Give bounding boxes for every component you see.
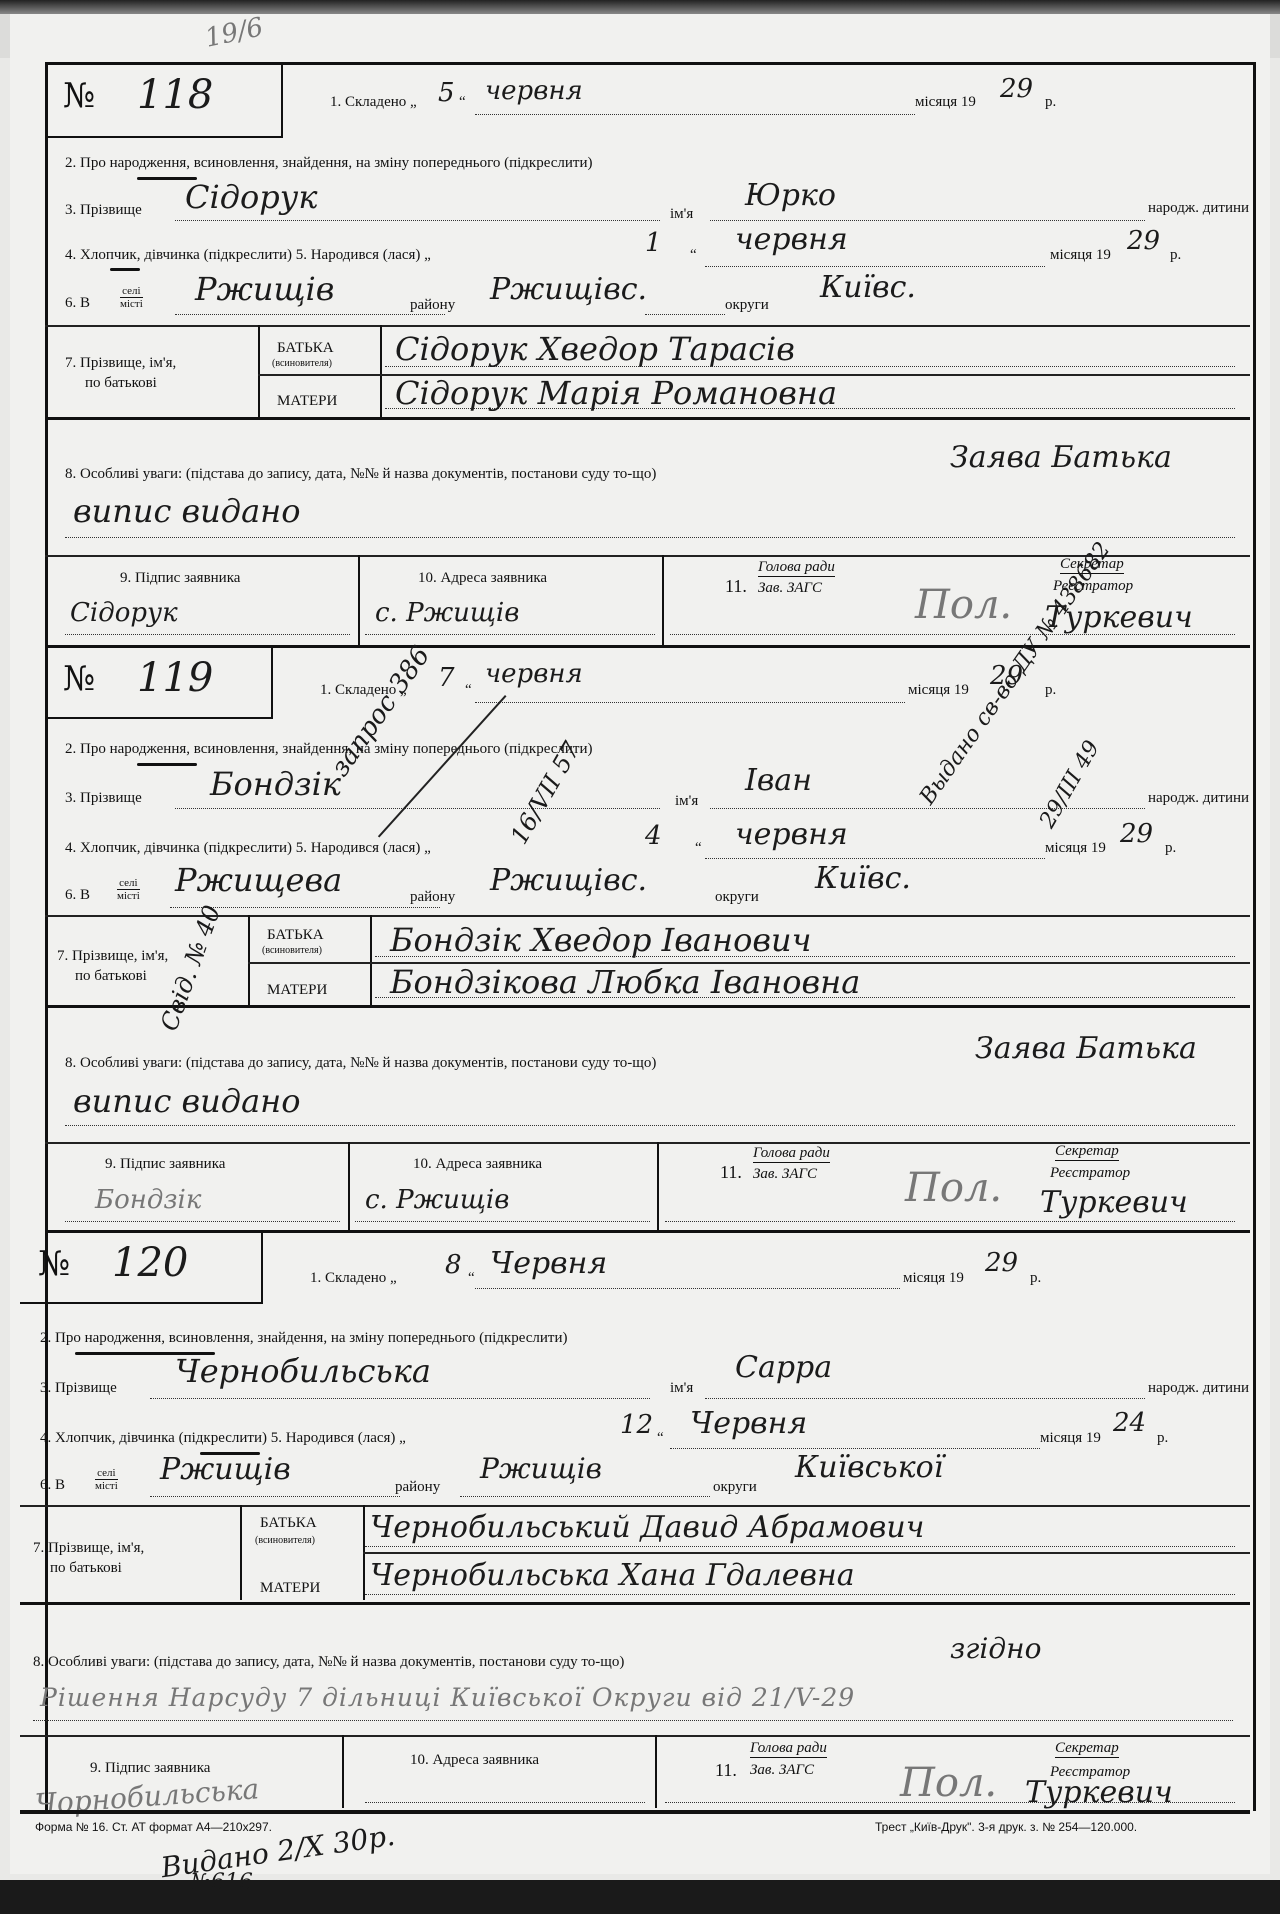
margin-note-request: запрос 386 [325,641,436,782]
remarks-line1: Заява Батька [950,440,1172,475]
district-value: Ржищів [480,1452,602,1485]
remarks-line2: Рішення Нарсуду 7 дільниці Київської Окр… [40,1683,855,1712]
margin-note-svid: Свід. № 40 [155,902,226,1035]
mother-name: Чернобильська Хана Гдалевна [370,1558,855,1593]
head-signature: Пол. [905,1165,1002,1211]
mother-name: Сідорук Марія Романовна [395,374,837,412]
margin-note-certificate-date: 29/III 49 [1035,736,1105,832]
okrug-value: Київс. [820,270,916,305]
surname-value: Бондзік [210,765,341,803]
footer-form-info: Форма № 16. Ст. АТ формат А4—210х297. [35,1820,272,1834]
composed-label: 1. Складено „ [330,94,417,111]
composed-year: 29 [985,1248,1018,1278]
birth-year: 24 [1113,1408,1146,1438]
form-bottom-rule [20,1810,1250,1814]
place-value: Ржищева [175,861,342,899]
footer-printer-info: Трест „Київ-Друк". 3-я друк. з. № 254—12… [875,1820,1137,1834]
father-name: Сідорук Хведор Тарасів [395,330,795,368]
okrug-value: Київс. [815,861,911,896]
first-name-value: Юрко [745,178,836,213]
sex-birth-label: 4. Хлопчик, дівчинка (підкреслити) 5. На… [65,247,431,264]
record-number: 119 [137,655,213,701]
village-town-fraction: селімісті [120,285,143,310]
birth-month: Червня [690,1406,807,1441]
composed-day: 8 [445,1250,462,1280]
remarks-label: 8. Особливі уваги: (підстава до запису, … [65,466,656,483]
composed-day: 7 [438,663,455,693]
composed-month: червня [485,659,583,689]
birth-year: 29 [1127,226,1160,256]
birth-day: 12 [620,1410,653,1440]
surname-label: 3. Прізвище [65,202,142,219]
applicant-address: с. Ржищів [375,598,519,628]
record-number-box: № 119 [45,645,273,719]
record-type-label: 2. Про народження, всиновлення, знайденн… [65,155,593,172]
surname-value: Чернобильська [175,1352,431,1390]
district-value: Ржищівс. [490,272,647,307]
mother-name: Бондзікова Любка Івановна [390,963,860,1001]
district-value: Ржищівс. [490,863,647,898]
birth-day: 1 [645,228,662,258]
place-value: Ржищів [195,270,334,308]
birth-year: 29 [1120,819,1153,849]
remarks-line2: випис видано [73,492,300,530]
birth-record-119: № 119 1. Складено „ 7 “ червня місяця 19… [45,645,1250,1230]
place-value: Ржищів [160,1452,291,1487]
composed-month: Червня [490,1246,607,1281]
scan-top-border [0,0,1280,14]
record-number-box: № 120 [20,1230,263,1304]
remarks-line1: згідно [950,1632,1041,1665]
issued-note-number: №616 [190,1870,253,1895]
surname-value: Сідорук [185,178,317,216]
father-name: Бондзік Хведор Іванович [390,921,811,959]
first-name-value: Іван [745,763,812,798]
remarks-line2: випис видано [73,1082,300,1120]
birth-record-120: № 120 1. Складено „ 8 “ Червня місяця 19… [45,1230,1250,1808]
record-number-box: № 118 [45,62,283,138]
birth-record-118: № 118 1. Складено „ 5 “ червня місяця 19… [45,62,1250,645]
birth-month: червня [735,817,848,852]
father-name: Чернобильський Давид Абрамович [370,1510,924,1545]
birth-day: 4 [645,821,662,851]
applicant-signature: Сідорук [70,598,178,628]
registrar-signature: Туркевич [1025,1775,1173,1810]
first-name-value: Сарра [735,1350,832,1385]
number-sign: № [63,76,95,116]
applicant-signature: Бондзік [95,1185,201,1215]
applicant-address: с. Ржищів [365,1185,509,1215]
birth-month: червня [735,222,848,257]
okrug-value: Київської [795,1450,943,1485]
composed-month: червня [485,76,583,106]
underline-boy [110,268,140,271]
registrar-signature: Туркевич [1040,1185,1188,1220]
month-year-label: місяця 19 [915,94,976,111]
head-signature: Пол. [915,582,1012,628]
head-signature: Пол. [900,1760,997,1806]
composed-day: 5 [438,78,455,108]
record-number: 118 [137,72,213,118]
remarks-line1: Заява Батька [975,1031,1197,1066]
diagonal-strike [378,695,507,838]
record-number: 120 [112,1240,188,1286]
composed-year: 29 [1000,74,1033,104]
